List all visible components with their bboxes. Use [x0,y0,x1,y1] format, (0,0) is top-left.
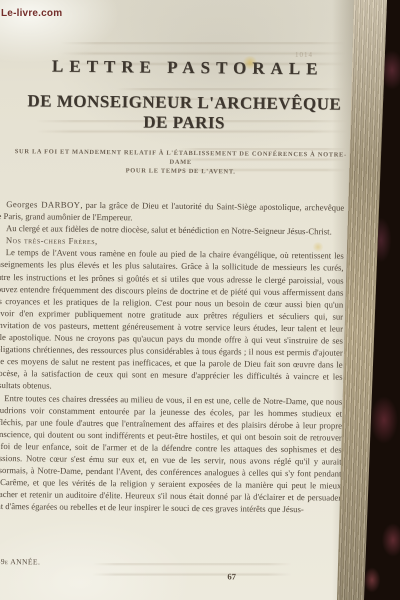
page-subtitle: SUR LA FOI ET MANDEMENT RELATIF À L'ÉTAB… [7,147,355,178]
author-name: Georges DARBOY [6,199,80,210]
watermark: Le-livre.com [1,8,62,19]
page-title-line1: LETTRE PASTORALE [20,56,356,80]
book-photo: 1014 LETTRE PASTORALE DE MONSEIGNEUR L'A… [0,0,400,600]
ink-bleedthrough [92,563,292,576]
body-text: Georges DARBOY, par la grâce de Dieu et … [0,198,344,516]
signature-number: 67 [227,571,236,581]
paragraph-avent: Le temps de l'Avent vous ramène en foule… [0,246,344,395]
edition-year-label: 49e ANNÉE. [0,557,40,566]
page-title-line2: DE MONSEIGNEUR L'ARCHEVÊQUE DE PARIS [13,91,355,135]
opening-paragraph: Georges DARBOY, par la grâce de Dieu et … [0,198,344,226]
page-content: LETTRE PASTORALE DE MONSEIGNEUR L'ARCHEV… [0,40,356,516]
paragraph-chaires: Entre toutes ces chaires dressées au mil… [0,391,342,516]
